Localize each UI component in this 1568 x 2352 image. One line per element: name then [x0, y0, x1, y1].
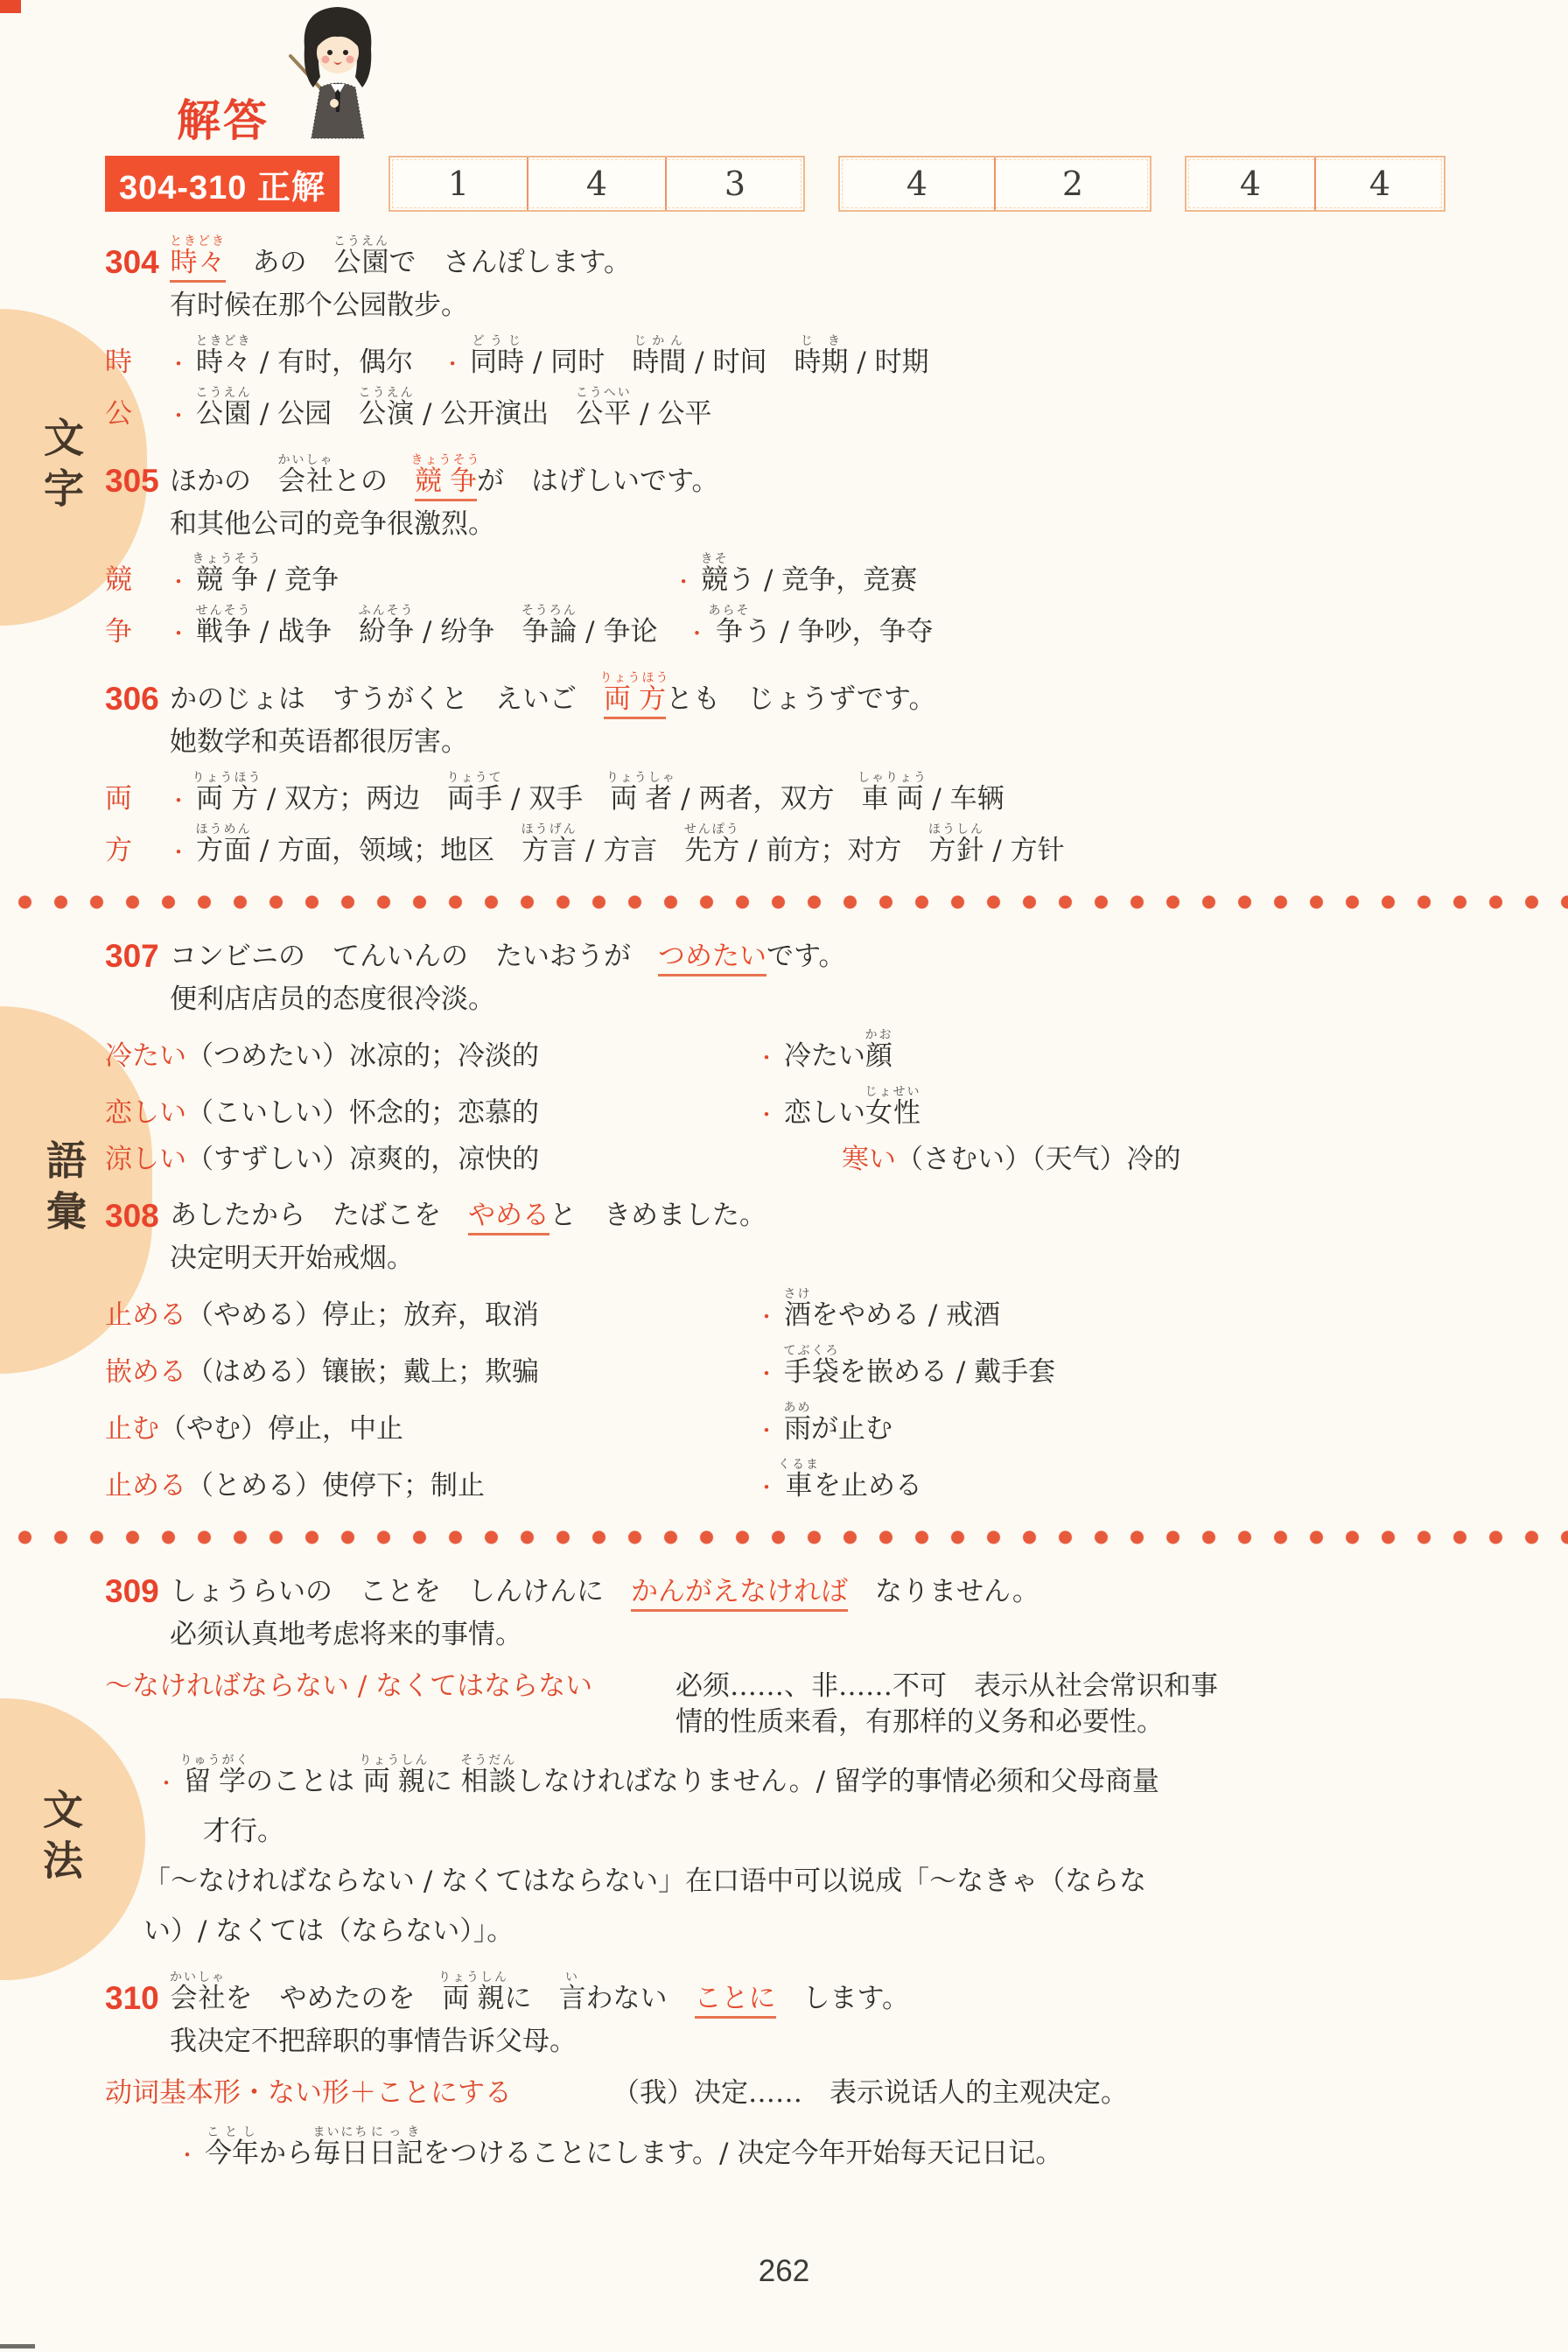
text-segment: 恋しい: [105, 1097, 186, 1129]
text-segment: / 双方；两边: [258, 783, 447, 815]
text-segment: う / 争吵，争夺: [744, 616, 933, 647]
text-segment: わない: [586, 1983, 695, 2014]
question-line: 304時々ときどき あの 公園こうえんで さんぽします。: [105, 234, 1568, 281]
bullet-dot: ・: [754, 1046, 784, 1070]
furigana: かいしゃ: [170, 1970, 226, 1984]
ruby-word: 同時どうじ: [470, 346, 524, 378]
bullet-dot: ・: [166, 621, 196, 646]
kanji-entry-row: 争・戦争せんそう / 战争 紛争ふんそう / 纷争 争論そうろん / 争论 ・争…: [105, 604, 1568, 650]
furigana: ほうめん: [196, 822, 252, 836]
vocab-definition: 恋しい（こいしい）怀念的；恋慕的: [105, 1095, 754, 1131]
furigana: かいしゃ: [278, 453, 334, 467]
text-segment: （やむ）停止，中止: [159, 1413, 403, 1445]
bullet-dot: ・: [166, 788, 196, 813]
answer-cell: 4: [527, 157, 665, 210]
ruby-word: 先方せんぽう: [684, 835, 739, 866]
answer-bar: 304-310 正解 1434244: [105, 156, 1568, 212]
translation-line: 我决定不把辞职的事情告诉父母。: [170, 2024, 1568, 2060]
answer-group: 44: [1185, 156, 1445, 212]
furigana: りょうほう: [600, 671, 670, 685]
grammar-explanation: 必须……、非……不可 表示从社会常识和事 情的性质来看，有那样的义务和必要性。: [675, 1669, 1218, 1740]
answer-word: つめたい: [658, 941, 766, 976]
question-number: 304: [105, 245, 170, 281]
ruby-word: 両手りょうて: [447, 783, 502, 815]
side-tab-label: 語彙: [35, 1139, 93, 1241]
grammar-explanation: （我）决定…… 表示说话人的主观决定。: [612, 2075, 1128, 2111]
vocab-example: ・手袋てぶくろを嵌める / 戴手套: [754, 1344, 1055, 1390]
ruby-word: 両方りょうほう: [604, 683, 666, 719]
question-sentence: あしたから たばこを やめると きめました。: [170, 1198, 766, 1234]
ruby-word: 手袋てぶくろ: [784, 1356, 839, 1388]
answer-groups: 1434244: [339, 156, 1445, 212]
question-sentence: しょうらいの ことを しんけんに かんがえなければ なりません。: [170, 1574, 1039, 1610]
answer-cell: 4: [840, 157, 994, 210]
page-header: 解答: [0, 0, 1568, 156]
scan-bottom-mark: [0, 2344, 35, 2348]
text-segment: しょうらいの ことを しんけんに: [170, 1576, 631, 1607]
bullet-dot: ・: [166, 352, 196, 376]
girl-teacher-icon: [285, 2, 390, 143]
ruby-word: 両親りょうしん: [443, 1983, 505, 2014]
ruby-word: 雨あめ: [784, 1413, 811, 1445]
text-segment: / 方针: [983, 835, 1064, 866]
vocab-definition: 冷たい（つめたい）冰凉的；冷淡的: [105, 1039, 754, 1074]
entry-content: ・方面ほうめん / 方面，领域；地区 方言ほうげん / 方言 先方せんぽう / …: [166, 822, 1065, 869]
translation-line: 和其他公司的竞争很激烈。: [170, 507, 1568, 542]
kanji-entry-row: 方・方面ほうめん / 方面，领域；地区 方言ほうげん / 方言 先方せんぽう /…: [105, 822, 1568, 869]
answer-word: ことに: [695, 1983, 776, 2019]
text-segment: / 双手: [502, 783, 610, 815]
translation-line: 必须认真地考虑将来的事情。: [170, 1617, 1568, 1653]
text-segment: しなければなりません。/ 留学的事情必须和父母商量: [516, 1766, 1159, 1797]
text-segment: コンビニの てんいんの たいおうが: [170, 941, 658, 972]
text-segment: 涼しい: [105, 1144, 186, 1175]
text-segment: 止める: [105, 1470, 186, 1501]
text-segment: （こいしい）怀念的；恋慕的: [186, 1097, 539, 1129]
text-segment: / 纷争: [414, 616, 521, 647]
ruby-word: 毎日まいにち: [313, 2138, 369, 2169]
text-segment: を止める: [814, 1470, 922, 1501]
text-segment: ほかの: [170, 465, 278, 497]
translation-line: 决定明天开始戒烟。: [170, 1241, 1568, 1277]
text-segment: / 公园: [251, 398, 359, 430]
furigana: こうえん: [196, 386, 252, 400]
text-line: 才行。: [105, 1814, 1568, 1850]
vocab-definition: 嵌める（はめる）镶嵌；戴上；欺骗: [105, 1354, 754, 1390]
question-line: 306かのじょは すうがくと えいご 両方りょうほうとも じょうずです。: [105, 671, 1568, 717]
entry-kanji-label: 方: [105, 833, 166, 869]
vocab-definition: 止める（とめる）使停下；制止: [105, 1468, 754, 1504]
ruby-word: 酒さけ: [784, 1299, 811, 1331]
answer-group: 143: [388, 156, 805, 212]
text-segment: （とめる）使停下；制止: [186, 1470, 485, 1501]
ruby-word: 日記にっき: [369, 2138, 423, 2169]
text-segment: 才行。: [203, 1816, 284, 1847]
ruby-word: 方面ほうめん: [196, 835, 251, 866]
furigana: い: [559, 1970, 586, 1984]
answer-cell: 1: [390, 157, 527, 210]
entry-content: ・時々ときどき / 有时，偶尔 ・同時どうじ / 同时 時間じかん / 时间 時…: [166, 334, 929, 381]
ruby-word: 競きそ: [701, 564, 728, 596]
furigana: せんぽう: [684, 822, 740, 836]
vocab-row: 恋しい（こいしい）怀念的；恋慕的・恋しい女性じょせい: [105, 1085, 1568, 1131]
bullet-dot: ・: [440, 352, 470, 376]
vocab-row: 止める（とめる）使停下；制止・車くるまを止める: [105, 1458, 1568, 1504]
ruby-word: 相談そうだん: [461, 1766, 516, 1797]
furigana: りゅうがく: [180, 1753, 250, 1767]
vocab-example: ・恋しい女性じょせい: [754, 1085, 921, 1131]
furigana: そうだん: [460, 1753, 516, 1767]
page-title: 解答: [177, 86, 269, 149]
ruby-word: 今年ことし: [205, 2138, 259, 2169]
text-segment: をやめる / 戒酒: [811, 1299, 1000, 1331]
furigana: さけ: [784, 1287, 812, 1301]
question-sentence: かのじょは すうがくと えいご 両方りょうほうとも じょうずです。: [170, 671, 935, 717]
vocab-example: 寒い（さむい）（天气）冷的: [754, 1142, 1181, 1178]
ruby-word: 争あらそ: [714, 616, 744, 647]
ruby-word: 公園こうえん: [334, 247, 389, 278]
ruby-word: 紛争ふんそう: [359, 616, 414, 647]
answer-word: やめる: [468, 1200, 549, 1235]
text-segment: あしたから たばこを: [170, 1200, 468, 1231]
vocab-definition: 止める（やめる）停止；放弃，取消: [105, 1298, 754, 1333]
furigana: ことし: [205, 2125, 259, 2139]
answer-cell: 3: [665, 157, 803, 210]
text-line: い）/ なくては（ならない）」。: [105, 1914, 1568, 1949]
entry-content: ・両方りょうほう / 双方；两边 両手りょうて / 双手 両者りょうしゃ / 两…: [166, 771, 1004, 817]
text-segment: 恋しい: [784, 1097, 865, 1129]
vocab-definition: 止む（やむ）停止，中止: [105, 1411, 754, 1447]
text-segment: （はめる）镶嵌；戴上；欺骗: [186, 1356, 539, 1388]
furigana: こうえん: [333, 234, 389, 248]
text-segment: します。: [776, 1983, 910, 2014]
answer-group: 42: [838, 156, 1151, 212]
furigana: どうじ: [470, 334, 524, 348]
text-segment: 冷たい: [784, 1040, 865, 1072]
text-segment: とも じょうずです。: [666, 683, 935, 715]
furigana: じき: [794, 334, 848, 348]
vocab-example: ・雨あめが止む: [754, 1401, 892, 1447]
answer-cell: 4: [1186, 157, 1314, 210]
text-segment: で さんぽします。: [389, 247, 632, 278]
content: 304時々ときどき あの 公園こうえんで さんぽします。有时候在那个公园散步。時…: [105, 234, 1568, 2172]
text-segment: をつけることにします。/ 决定今年开始每天记日记。: [423, 2138, 1063, 2169]
furigana: りょうしゃ: [606, 771, 676, 785]
answer-cell: 4: [1314, 157, 1444, 210]
text-segment: / 两者，双方: [672, 783, 861, 815]
furigana: きそ: [701, 552, 729, 566]
text-segment: 「～なければならない / なくてはならない」在口语中可以说成「～なきゃ（ならな: [143, 1865, 1146, 1897]
question-line: 309しょうらいの ことを しんけんに かんがえなければ なりません。: [105, 1574, 1568, 1610]
text-segment: （つめたい）冰凉的；冷淡的: [186, 1040, 539, 1072]
question-number: 306: [105, 682, 170, 717]
text-segment: （さむい）（天气）冷的: [896, 1144, 1181, 1175]
furigana: ふんそう: [359, 604, 415, 618]
text-segment: / 有时，偶尔: [251, 346, 440, 378]
text-segment: が はげしいです。: [477, 465, 719, 497]
bullet-dot: ・: [175, 2143, 205, 2167]
text-segment: あの: [226, 247, 334, 278]
furigana: にっき: [369, 2125, 423, 2139]
text-segment: / 时间: [686, 346, 794, 378]
answer-cell: 2: [994, 157, 1150, 210]
text-segment: ～なければならない / なくてはならない: [105, 1670, 592, 1702]
entry-content: ・戦争せんそう / 战争 紛争ふんそう / 纷争 争論そうろん / 争论 ・争あ…: [166, 604, 934, 650]
question-number: 305: [105, 464, 170, 500]
kanji-entry-row: 両・両方りょうほう / 双方；两边 両手りょうて / 双手 両者りょうしゃ / …: [105, 771, 1568, 817]
furigana: そうろん: [521, 604, 577, 618]
kanji-entry-row: 競・競争きょうそう / 竞争・競きそう / 竞争，竞赛: [105, 552, 1568, 598]
translation-line: 她数学和英语都很厉害。: [170, 724, 1568, 760]
text-segment: 寒い: [842, 1144, 896, 1175]
kanji-entry-row: 時・時々ときどき / 有时，偶尔 ・同時どうじ / 同时 時間じかん / 时间 …: [105, 334, 1568, 381]
vocab-example: ・冷たい顔かお: [754, 1028, 893, 1074]
bullet-dot: ・: [166, 570, 196, 594]
side-tab-label: 文法: [31, 1788, 89, 1890]
text-segment: のことは: [246, 1766, 363, 1797]
ruby-word: 時々ときどき: [196, 346, 251, 378]
entry-kanji-label: 両: [105, 781, 166, 817]
grammar-pattern-label: 动词基本形・ない形＋ことにする: [105, 2075, 612, 2111]
page-number: 262: [0, 2254, 1568, 2289]
ruby-word: 両方りょうほう: [196, 783, 258, 815]
text-segment: 止む: [105, 1413, 159, 1445]
text-segment: を やめたのを: [226, 1983, 443, 2014]
furigana: あらそ: [708, 604, 750, 618]
furigana: じかん: [632, 334, 686, 348]
text-line: ・留学りゅうがくのことは 両親りょうしんに 相談そうだんしなければなりません。/…: [105, 1753, 1568, 1800]
text-segment: 嵌める: [105, 1356, 186, 1388]
dotted-separator: [0, 895, 1568, 909]
text-segment: が止む: [811, 1413, 892, 1445]
ruby-word: 顔かお: [865, 1040, 893, 1072]
ruby-word: 時間じかん: [632, 346, 686, 378]
furigana: きょうそう: [192, 552, 262, 566]
text-line: ・今年ことしから毎日まいにち日記にっきをつけることにします。/ 决定今年开始每天…: [105, 2125, 1568, 2172]
text-segment: 止める: [105, 1299, 186, 1331]
ruby-word: 言い: [559, 1983, 586, 2014]
dotted-separator: [0, 1530, 1568, 1544]
text-segment: です。: [766, 941, 846, 972]
bullet-dot: ・: [166, 403, 196, 428]
furigana: ときどき: [196, 334, 252, 348]
text-segment: / 公开演出: [414, 398, 576, 430]
furigana: かお: [865, 1028, 893, 1042]
furigana: じょせい: [865, 1085, 921, 1099]
text-segment: / 车辆: [923, 783, 1004, 815]
question-line: 308あしたから たばこを やめると きめました。: [105, 1198, 1568, 1234]
text-segment: / 同时: [524, 346, 632, 378]
text-segment: に: [505, 1983, 559, 2014]
vocab-example: ・酒さけをやめる / 戒酒: [754, 1287, 1000, 1333]
question-sentence: コンビニの てんいんの たいおうが つめたいです。: [170, 939, 846, 975]
text-segment: 冷たい: [105, 1040, 186, 1072]
text-segment: なりません。: [848, 1576, 1039, 1607]
text-segment: / 竞争: [258, 564, 339, 596]
question-line: 305ほかの 会社かいしゃとの 競争きょうそうが はげしいです。: [105, 453, 1568, 500]
question-number: 308: [105, 1199, 170, 1235]
ruby-word: 車くるま: [784, 1470, 814, 1501]
text-segment: / 时期: [848, 346, 928, 378]
entry-kanji-label: 競: [105, 563, 166, 598]
bullet-dot: ・: [754, 1102, 784, 1127]
ruby-word: 時期じき: [794, 346, 848, 378]
ruby-word: 会社かいしゃ: [170, 1983, 226, 2014]
ruby-word: 競争きょうそう: [196, 564, 258, 596]
text-segment: / 前方；对方: [739, 835, 928, 866]
furigana: てぶくろ: [784, 1344, 840, 1358]
question-number: 307: [105, 939, 170, 975]
vocab-row: 止む（やむ）停止，中止・雨あめが止む: [105, 1401, 1568, 1447]
ruby-word: 方言ほうげん: [521, 835, 577, 866]
bullet-dot: ・: [754, 1361, 784, 1386]
furigana: ときどき: [170, 234, 226, 248]
text-segment: （すずしい）凉爽的，凉快的: [186, 1144, 539, 1175]
ruby-word: 競争きょうそう: [415, 465, 477, 501]
entry-content: ・公園こうえん / 公园 公演こうえん / 公开演出 公平こうへい / 公平: [166, 386, 711, 432]
vocab-definition: 涼しい（すずしい）凉爽的，凉快的: [105, 1142, 754, 1178]
text-segment: / 方言: [577, 835, 684, 866]
answer-word: かんがえなければ: [631, 1576, 848, 1612]
grammar-pattern-row: ～なければならない / なくてはならない必须……、非……不可 表示从社会常识和事…: [105, 1669, 1568, 1740]
text-segment: / 争论: [577, 616, 684, 647]
section-moji: 304時々ときどき あの 公園こうえんで さんぽします。有时候在那个公园散步。時…: [105, 234, 1568, 869]
section-goi: 307コンビニの てんいんの たいおうが つめたいです。便利店店员的态度很冷淡。…: [105, 939, 1568, 1504]
question-number: 309: [105, 1574, 170, 1610]
furigana: くるま: [778, 1458, 820, 1472]
furigana: こうへい: [576, 386, 632, 400]
girl-teacher-illustration: [285, 2, 390, 143]
translation-line: 有时候在那个公园散步。: [170, 288, 1568, 324]
bullet-dot: ・: [671, 570, 701, 594]
question-line: 310会社かいしゃを やめたのを 両親りょうしんに 言いわない ことに します。: [105, 1970, 1568, 2017]
entry-content: ・競争きょうそう / 竞争・競きそう / 竞争，竞赛: [166, 552, 917, 598]
entry-kanji-label: 時: [105, 345, 166, 381]
entry-kanji-label: 争: [105, 614, 166, 650]
furigana: きょうそう: [411, 453, 481, 467]
vocab-row: 止める（やめる）停止；放弃，取消・酒さけをやめる / 戒酒: [105, 1287, 1568, 1333]
furigana: りょうほう: [192, 771, 262, 785]
furigana: こうえん: [359, 386, 415, 400]
text-segment: と きめました。: [549, 1200, 766, 1231]
bullet-dot: ・: [754, 1305, 784, 1329]
vocab-row: 冷たい（つめたい）冰凉的；冷淡的・冷たい顔かお: [105, 1028, 1568, 1074]
bullet-dot: ・: [754, 1418, 784, 1443]
kanji-entry-row: 公・公園こうえん / 公园 公演こうえん / 公开演出 公平こうへい / 公平: [105, 386, 1568, 432]
question-sentence: 会社かいしゃを やめたのを 両親りょうしんに 言いわない ことに します。: [170, 1970, 909, 2017]
text-line: 「～なければならない / なくてはならない」在口语中可以说成「～なきゃ（ならな: [105, 1864, 1568, 1900]
question-line: 307コンビニの てんいんの たいおうが つめたいです。: [105, 939, 1568, 975]
text-segment: を嵌める / 戴手套: [839, 1356, 1055, 1388]
text-segment: / 公平: [631, 398, 711, 430]
text-segment: かのじょは すうがくと えいご: [170, 683, 604, 715]
textbook-page: 文字語彙文法 解答 304-310 正解 143424: [0, 0, 1568, 2352]
ruby-word: 争論そうろん: [521, 616, 577, 647]
bullet-dot: ・: [154, 1771, 184, 1795]
translation-line: 便利店店员的态度很冷淡。: [170, 982, 1568, 1018]
furigana: ほうしん: [928, 822, 984, 836]
ruby-word: 両者りょうしゃ: [610, 783, 672, 815]
ruby-word: 公平こうへい: [576, 398, 631, 430]
grammar-pattern-label: ～なければならない / なくてはならない: [105, 1669, 675, 1740]
ruby-word: 方針ほうしん: [928, 835, 983, 866]
question-sentence: 時々ときどき あの 公園こうえんで さんぽします。: [170, 234, 631, 281]
vocab-example: ・車くるまを止める: [754, 1458, 922, 1504]
entry-kanji-label: 公: [105, 396, 166, 432]
furigana: ほうげん: [521, 822, 577, 836]
ruby-word: 留学りゅうがく: [184, 1766, 246, 1797]
bullet-dot: ・: [166, 840, 196, 864]
ruby-word: 会社かいしゃ: [278, 465, 333, 497]
text-segment: から: [259, 2138, 313, 2169]
answer-bar-label: 304-310 正解: [105, 156, 339, 212]
side-tab-label: 文字: [32, 416, 90, 518]
text-segment: い）/ なくては（ならない）」。: [143, 1915, 514, 1947]
furigana: りょうて: [447, 771, 503, 785]
section-bunpou: 309しょうらいの ことを しんけんに かんがえなければ なりません。必须认真地…: [105, 1574, 1568, 2172]
ruby-word: 公園こうえん: [196, 398, 251, 430]
text-segment: / 方面，领域；地区: [251, 835, 521, 866]
furigana: あめ: [784, 1401, 812, 1415]
furigana: しゃりょう: [857, 771, 927, 785]
text-segment: / 战争: [251, 616, 359, 647]
vocab-row: 嵌める（はめる）镶嵌；戴上；欺骗・手袋てぶくろを嵌める / 戴手套: [105, 1344, 1568, 1390]
furigana: まいにち: [313, 2125, 369, 2139]
question-number: 310: [105, 1981, 170, 2017]
ruby-word: 戦争せんそう: [196, 616, 251, 647]
ruby-word: 公演こうえん: [359, 398, 414, 430]
grammar-pattern-row: 动词基本形・ない形＋ことにする（我）决定…… 表示说话人的主观决定。: [105, 2075, 1568, 2111]
text-segment: う / 竞争，竞赛: [728, 564, 917, 596]
ruby-word: 女性じょせい: [865, 1097, 921, 1129]
text-segment: 动词基本形・ない形＋ことにする: [105, 2077, 512, 2109]
text-segment: との: [333, 465, 415, 497]
vocab-row: 涼しい（すずしい）凉爽的，凉快的寒い（さむい）（天气）冷的: [105, 1142, 1568, 1178]
text-segment: に: [425, 1766, 461, 1797]
question-sentence: ほかの 会社かいしゃとの 競争きょうそうが はげしいです。: [170, 453, 719, 500]
ruby-word: 車両しゃりょう: [861, 783, 923, 815]
text-segment: （やめる）停止；放弃，取消: [186, 1299, 539, 1331]
furigana: せんそう: [196, 604, 252, 618]
furigana: りょうしん: [438, 1970, 508, 1984]
ruby-word: 両親りょうしん: [363, 1766, 425, 1797]
furigana: りょうしん: [359, 1753, 429, 1767]
ruby-word: 時々ときどき: [170, 247, 226, 283]
